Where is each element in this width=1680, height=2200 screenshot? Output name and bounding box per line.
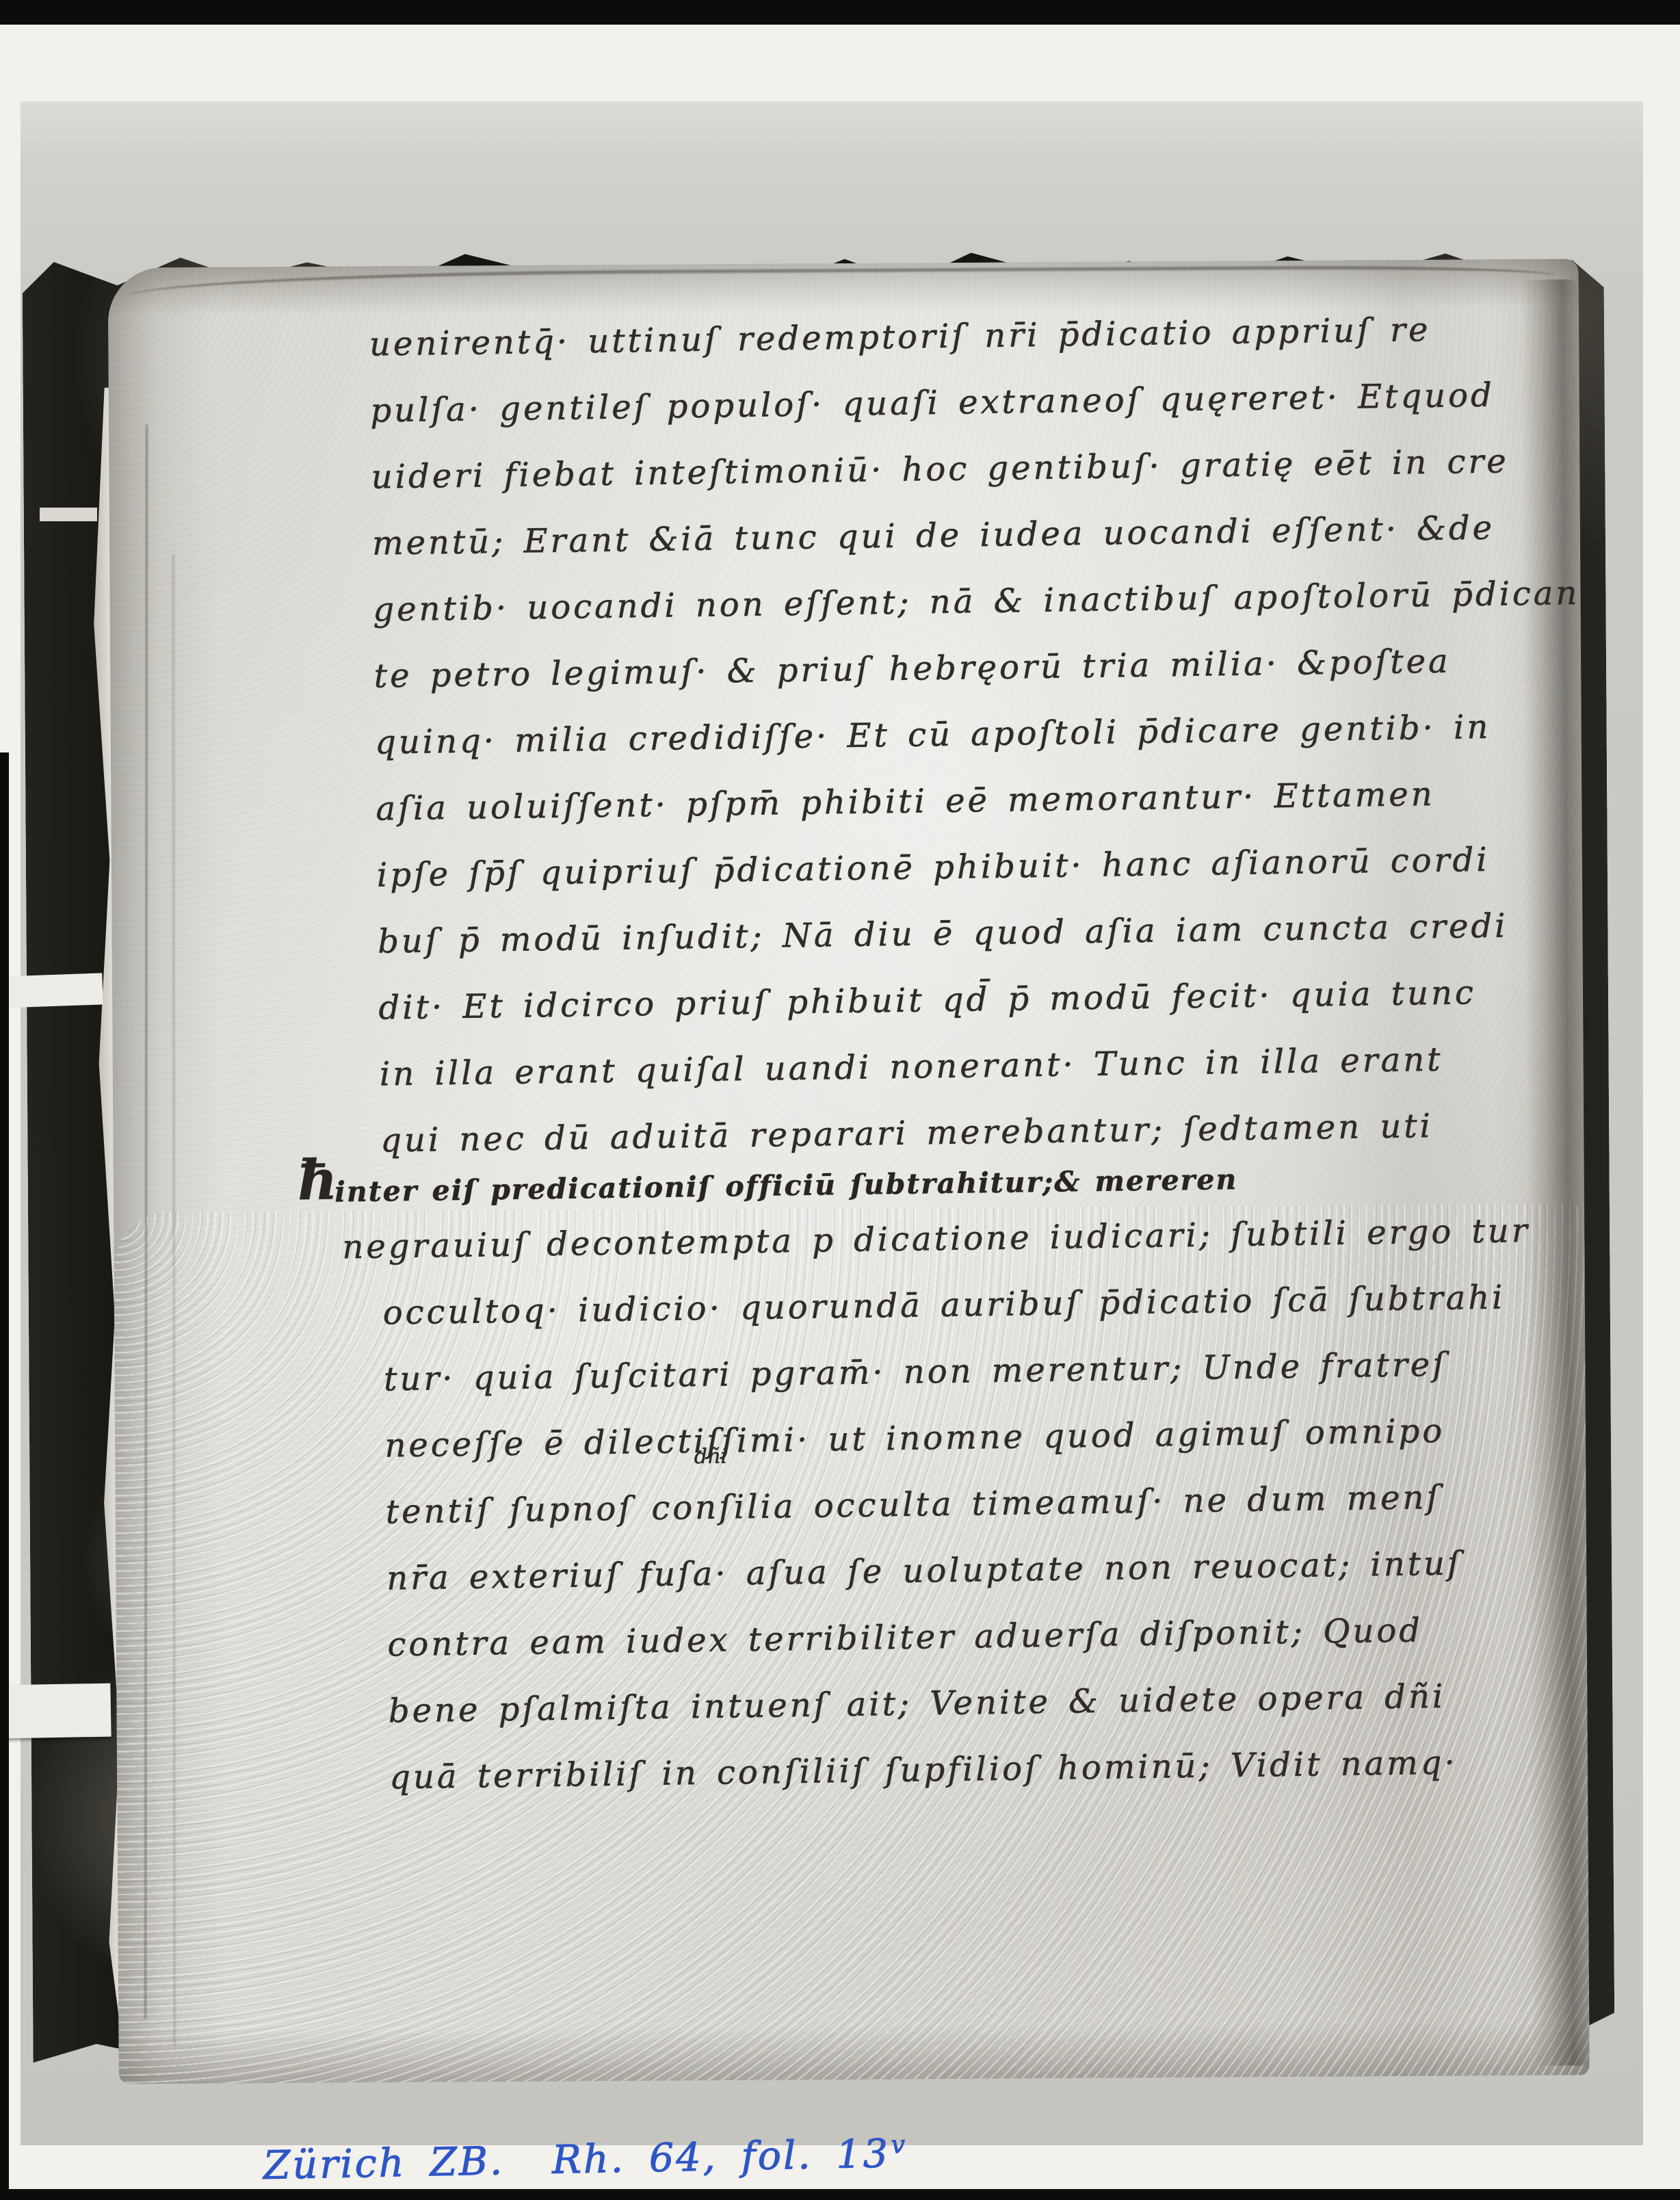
margin-insertion-mark: ħ — [298, 1152, 338, 1207]
manuscript-lines: uenirentq̄· uttinuſ redemptoriſ nr̄i p̄d… — [369, 296, 1511, 1811]
scan-edge-top — [0, 0, 1680, 25]
manuscript-photo-scan: uenirentq̄· uttinuſ redemptoriſ nr̄i p̄d… — [0, 0, 1680, 2200]
paper-slip — [40, 508, 97, 521]
paper-slip — [0, 1684, 111, 1739]
paper-slip — [0, 973, 103, 1008]
interlinear-gloss: dñi — [694, 1447, 728, 1468]
caption-shelfmark: Rh. 64, fol. 13 — [551, 2131, 890, 2182]
page-top-edge-shadow — [126, 265, 1556, 298]
caption-folio-side: v — [891, 2131, 907, 2159]
page-right-edge — [1521, 279, 1590, 2065]
caption-gap — [504, 2173, 552, 2174]
caption-library: Zürich ZB. — [263, 2138, 504, 2188]
scan-edge-left — [0, 752, 9, 2200]
scan-edge-bottom — [0, 2189, 1680, 2200]
book-assembly: uenirentq̄· uttinuſ redemptoriſ nr̄i p̄d… — [0, 0, 1680, 2200]
manuscript-text-block: uenirentq̄· uttinuſ redemptoriſ nr̄i p̄d… — [369, 296, 1511, 1811]
